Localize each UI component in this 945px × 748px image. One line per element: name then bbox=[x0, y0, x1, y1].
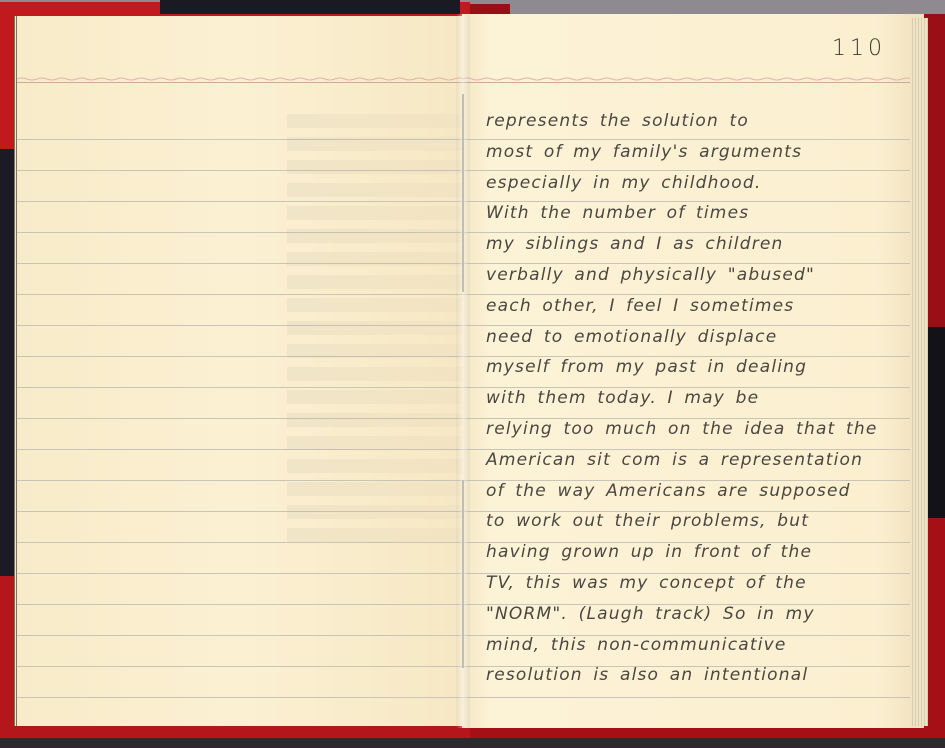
book-gutter bbox=[456, 14, 470, 728]
handwritten-line: With the number of times bbox=[486, 198, 916, 229]
handwritten-line: having grown up in front of the bbox=[486, 537, 916, 568]
page-number: 110 bbox=[832, 36, 886, 61]
handwritten-line: need to emotionally displace bbox=[486, 322, 916, 353]
handwritten-line: TV, this was my concept of the bbox=[486, 568, 916, 599]
handwritten-line: of the way Americans are supposed bbox=[486, 476, 916, 507]
cover-spine-gap bbox=[160, 0, 460, 14]
handwritten-line: verbally and physically "abused" bbox=[486, 260, 916, 291]
handwritten-line: each other, I feel I sometimes bbox=[486, 291, 916, 322]
handwritten-line: mind, this non-communicative bbox=[486, 630, 916, 661]
handwritten-line: most of my family's arguments bbox=[486, 137, 916, 168]
handwritten-line: "NORM". (Laugh track) So in my bbox=[486, 599, 916, 630]
header-rule-wavy bbox=[462, 76, 924, 84]
handwritten-line: my siblings and I as children bbox=[486, 229, 916, 260]
handwritten-line: with them today. I may be bbox=[486, 383, 916, 414]
page-edges bbox=[910, 18, 928, 726]
handwritten-line: American sit com is a representation bbox=[486, 445, 916, 476]
handwritten-line: myself from my past in dealing bbox=[486, 352, 916, 383]
bleed-through-text bbox=[287, 106, 464, 706]
notebook-spread: 110 represents the solution to most of m… bbox=[0, 0, 945, 748]
handwritten-line: relying too much on the idea that the bbox=[486, 414, 916, 445]
handwritten-line: to work out their problems, but bbox=[486, 506, 916, 537]
left-page bbox=[14, 16, 464, 726]
background-top-right bbox=[510, 0, 945, 14]
handwritten-line: especially in my childhood. bbox=[486, 168, 916, 199]
header-rule-wavy bbox=[17, 76, 464, 84]
handwritten-line: represents the solution to bbox=[486, 106, 916, 137]
handwritten-line: resolution is also an intentional bbox=[486, 660, 916, 691]
right-page: 110 represents the solution to most of m… bbox=[462, 14, 924, 728]
handwritten-entry: represents the solution to most of my fa… bbox=[486, 106, 916, 691]
